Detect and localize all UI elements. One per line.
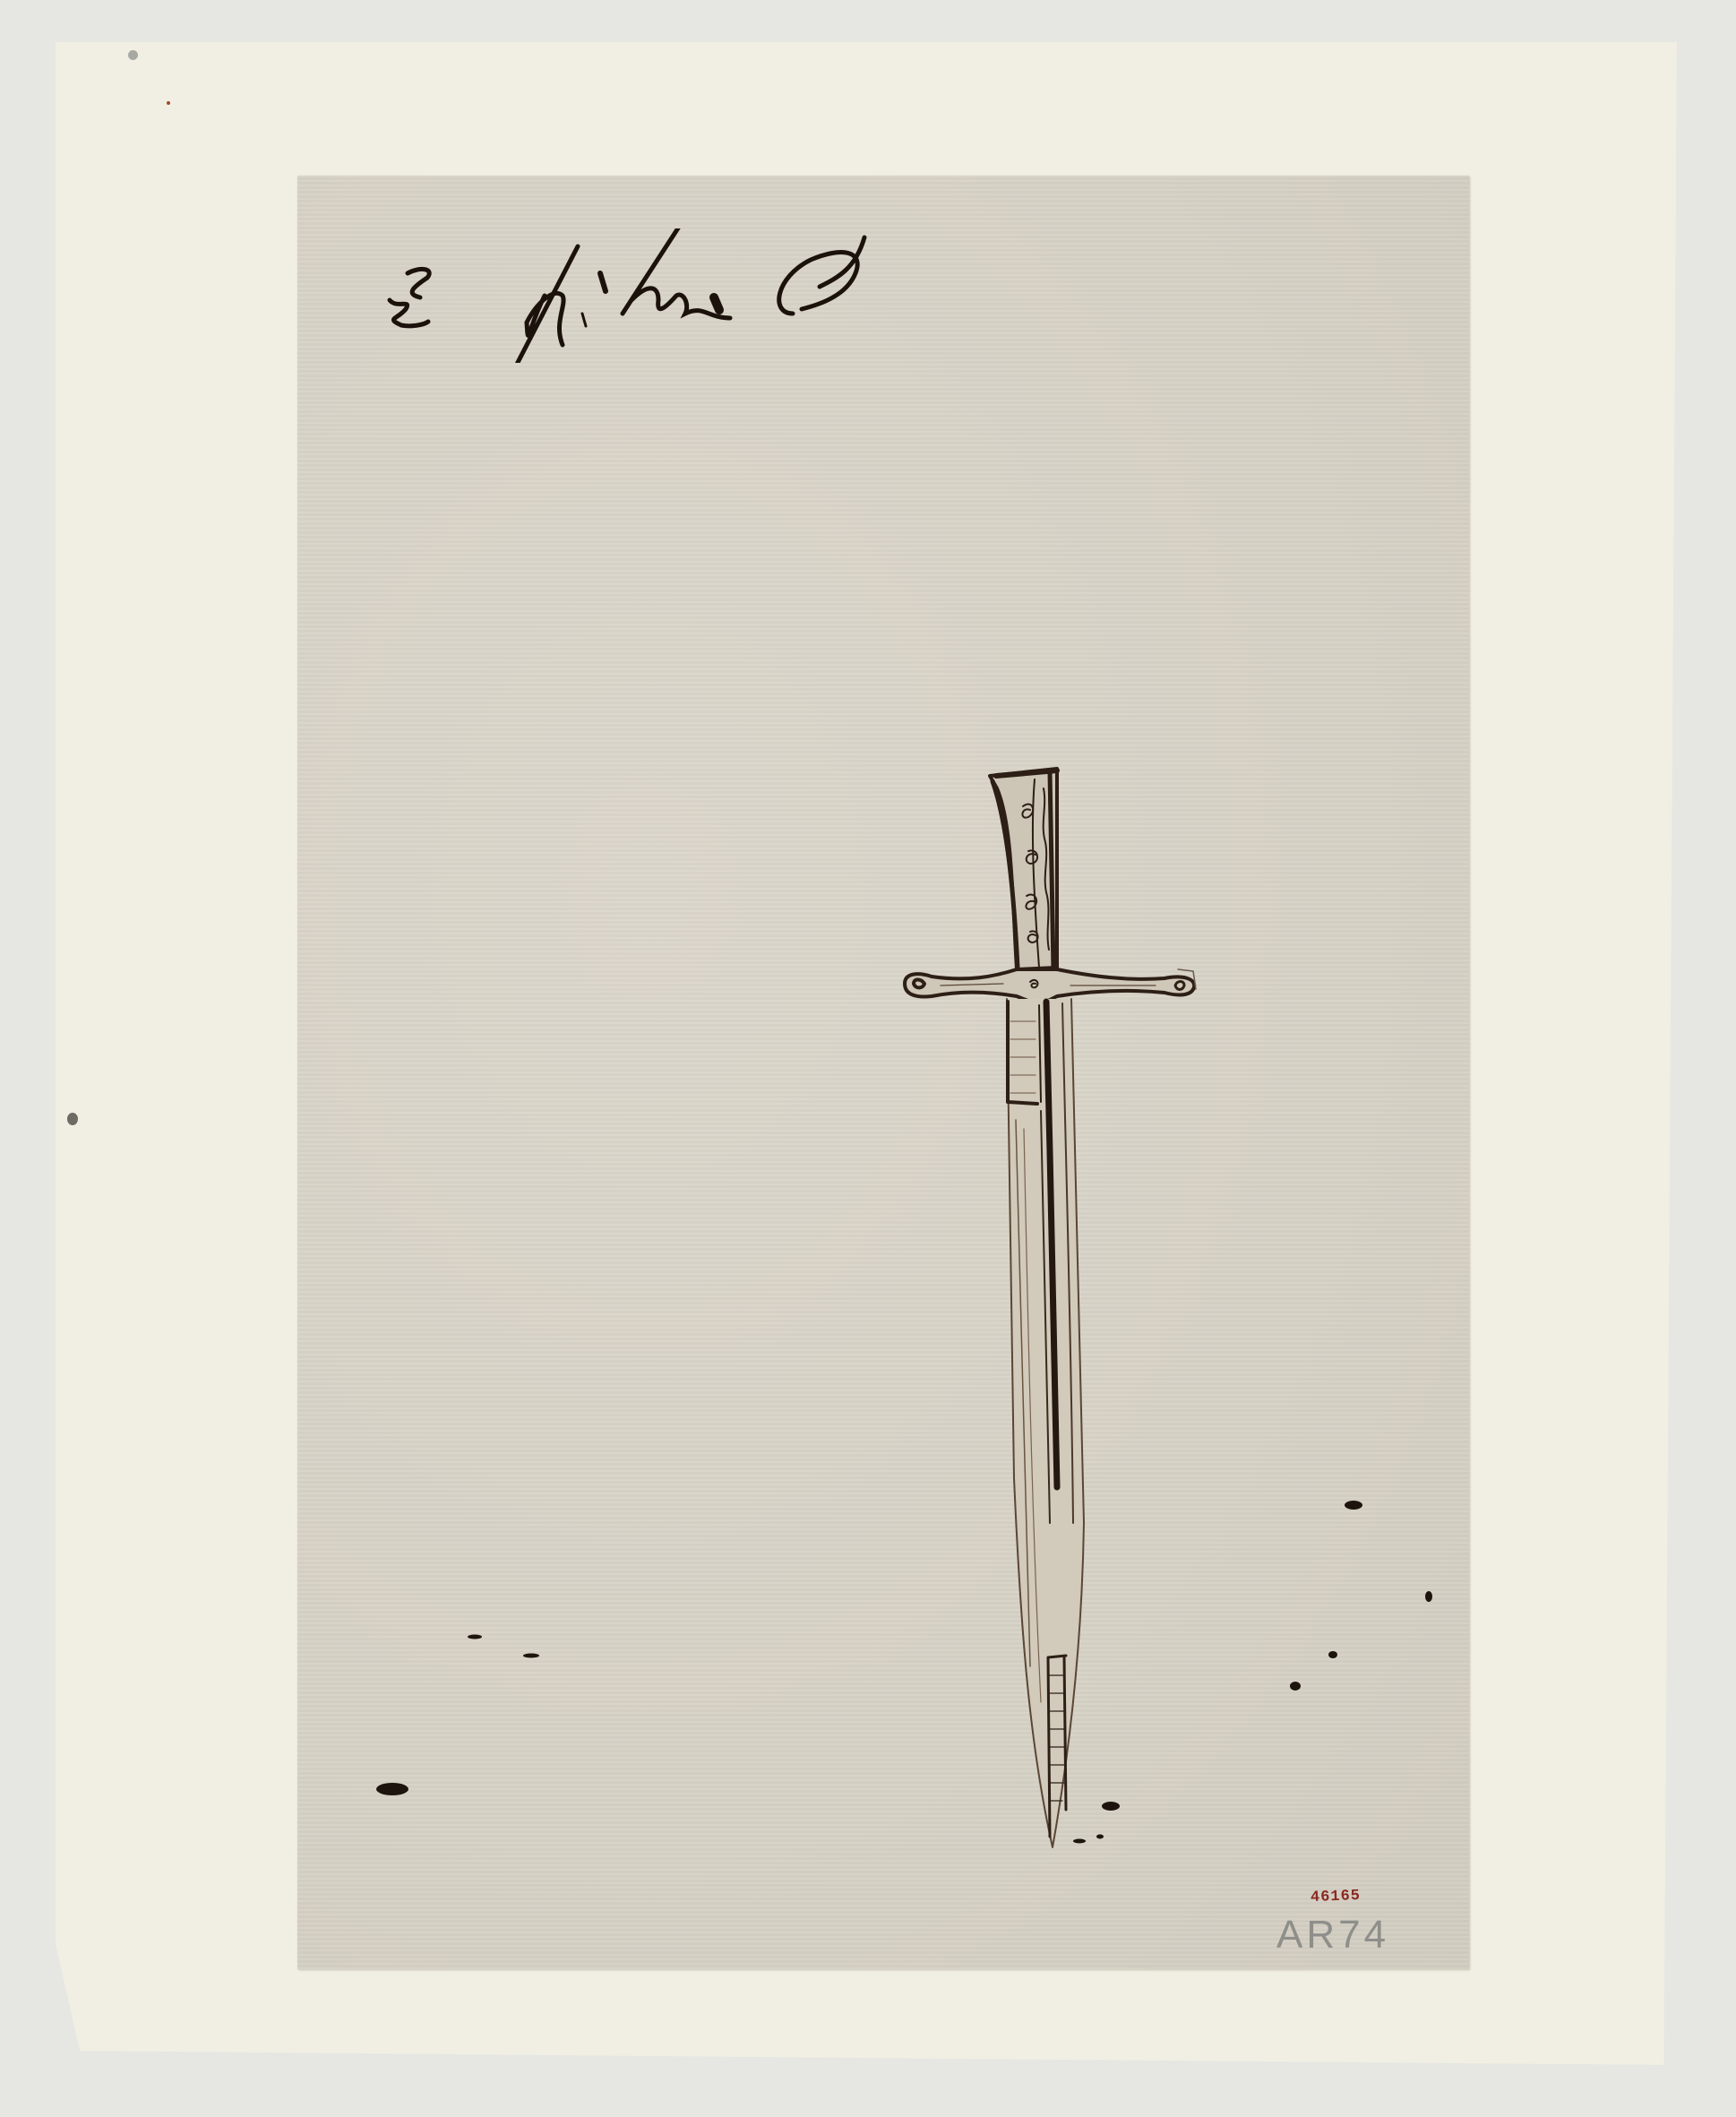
inventory-number: 46165: [1311, 1888, 1362, 1906]
shelfmark-pencil: AR74: [1276, 1913, 1389, 1958]
ink-spots: [376, 1501, 1432, 1844]
sword-grip: [990, 769, 1057, 969]
inscription-handwriting: [385, 228, 1173, 363]
sword-blade: [1007, 999, 1084, 1847]
